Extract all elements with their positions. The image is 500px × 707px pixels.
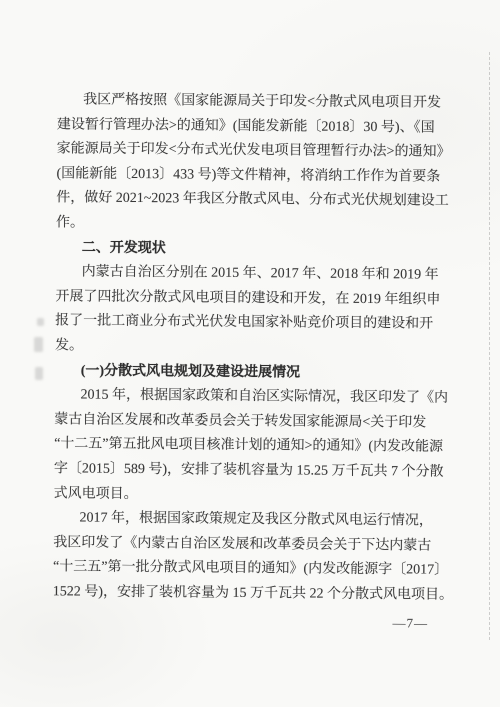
text-line: “十三五”第一批分散式风电项目的通知》(内发改能源字〔2017〕 [53,556,425,584]
text-line: 开展了四批次分散式风电项目的建设和开发，在 2019 年组织申 [55,285,427,313]
paragraph-2017-batch: 2017 年，根据国家政策规定及我区分散式风电运行情况， 我区印发了《内蒙古自治… [53,506,426,608]
text-line: 我区严格按照《国家能源局关于印发<分散式风电项目开发 [57,88,429,116]
text-line: 字〔2015〕589 号)，安排了装机容量为 15.25 万千瓦共 7 个分散 [54,457,426,485]
text-line: (国能新能〔2013〕433 号)等文件精神，将消纳工作作为首要条 [56,162,428,190]
text-line: 报了一批工商业分布式光伏发电国家补贴竞价项目的建设和开 [55,310,427,338]
text-line: 式风电项目。 [54,482,426,510]
paragraph-policy-basis: 我区严格按照《国家能源局关于印发<分散式风电项目开发 建设暂行管理办法>的通知》… [56,88,429,239]
text-line: 建设暂行管理办法>的通知》(国能发新能〔2018〕30 号)、《国 [57,113,429,141]
text-line: 2015 年，根据国家政策和自治区实际情况，我区印发了《内 [54,383,426,411]
text-line: 发。 [55,334,427,362]
text-line: 家能源局关于印发<分布式光伏发电项目管理暂行办法>的通知》 [57,138,429,166]
text-line: 2017 年，根据国家政策规定及我区分散式风电运行情况， [53,506,425,534]
section-heading-development-status: 二、开发现状 [56,236,428,264]
subsection-heading-wind-planning: (一)分散式风电规划及建设进展情况 [55,359,427,387]
text-line: 我区印发了《内蒙古自治区发展和改革委员会关于下达内蒙古 [53,531,425,559]
text-line: “十二五”第五批风电项目核准计划的通知>的通知》(内发改能源 [54,433,426,461]
paragraph-2015-batch: 2015 年，根据国家政策和自治区实际情况，我区印发了《内 蒙古自治区发展和改革… [54,383,427,509]
page-number: —7— [392,615,428,631]
margin-smudge-mark [35,367,43,380]
text-line: 作。 [56,211,428,239]
margin-smudge-mark [34,337,43,352]
paragraph-project-batches: 内蒙古自治区分别在 2015 年、2017 年、2018 年和 2019 年 开… [55,260,428,362]
page-content: 我区严格按照《国家能源局关于印发<分散式风电项目开发 建设暂行管理办法>的通知》… [0,0,500,707]
text-line: 内蒙古自治区分别在 2015 年、2017 年、2018 年和 2019 年 [56,260,428,288]
text-line: 蒙古自治区发展和改革委员会关于转发国家能源局<关于印发 [54,408,426,436]
document-body: 我区严格按照《国家能源局关于印发<分散式风电项目开发 建设暂行管理办法>的通知》… [53,88,429,608]
text-line: 1522 号)，安排了装机容量为 15 万千瓦共 22 个分散式风电项目。 [53,580,425,608]
text-line: 件，做好 2021~2023 年我区分散式风电、分布式光伏规划建设工 [56,187,428,215]
scanned-page: 我区严格按照《国家能源局关于印发<分散式风电项目开发 建设暂行管理办法>的通知》… [0,0,500,707]
margin-smudge-mark [37,318,44,326]
scan-edge-line [489,52,490,640]
